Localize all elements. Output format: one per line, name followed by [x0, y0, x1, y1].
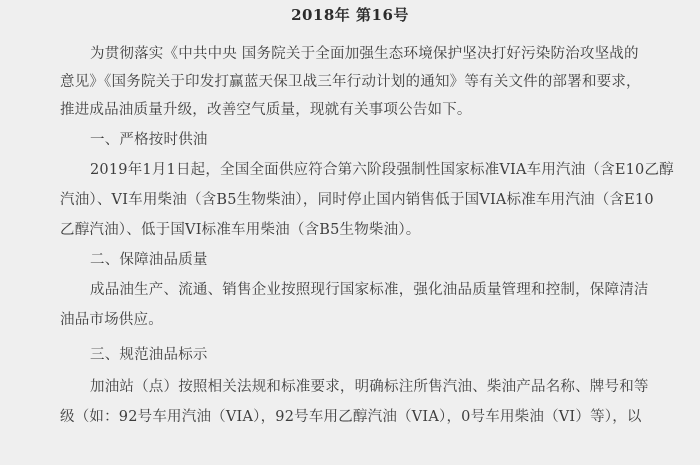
- intro-paragraph-line-3: 推进成品油质量升级，改善空气质量，现就有关事项公告如下。: [60, 100, 472, 120]
- section-heading-1: 一、严格按时供油: [90, 130, 208, 150]
- announcement-document: 2018年 第16号 为贯彻落实《中共中央 国务院关于全面加强生态环境保护坚决打…: [0, 0, 700, 465]
- section-1-line-1: 2019年1月1日起，全国全面供应符合第六阶段强制性国家标准VIA车用汽油（含E…: [90, 160, 674, 180]
- section-1-line-2: 汽油）、VI车用柴油（含B5生物柴油），同时停止国内销售低于国VIA标准车用汽油…: [60, 190, 654, 210]
- section-2-line-1: 成品油生产、流通、销售企业按照现行国家标准，强化油品质量管理和控制，保障清洁: [90, 280, 649, 300]
- document-title: 2018年 第16号: [0, 4, 700, 25]
- section-3-line-2: 级（如：92号车用汽油（VIA），92号车用乙醇汽油（VIA），0号车用柴油（V…: [60, 407, 642, 427]
- section-3-line-1: 加油站（点）按照相关法规和标准要求，明确标注所售汽油、柴油产品名称、牌号和等: [90, 377, 649, 397]
- section-1-line-3: 乙醇汽油）、低于国VI标准车用柴油（含B5生物柴油）。: [60, 220, 420, 240]
- section-heading-2: 二、保障油品质量: [90, 250, 208, 270]
- section-2-line-2: 油品市场供应。: [60, 310, 163, 330]
- intro-paragraph-line-1: 为贯彻落实《中共中央 国务院关于全面加强生态环境保护坚决打好污染防治攻坚战的: [90, 44, 639, 64]
- intro-paragraph-line-2: 意见》《国务院关于印发打赢蓝天保卫战三年行动计划的通知》等有关文件的部署和要求，: [60, 72, 641, 92]
- section-heading-3: 三、规范油品标示: [90, 345, 208, 365]
